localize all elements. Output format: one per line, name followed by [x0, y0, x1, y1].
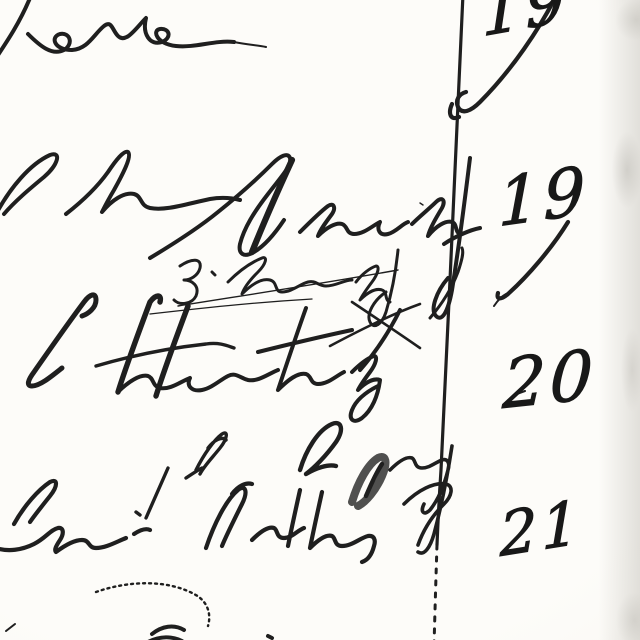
handwriting-row5 — [6, 583, 272, 640]
handwriting-row1-tail — [234, 42, 266, 47]
handwriting-row2-interline-note — [174, 248, 463, 326]
handwriting-row3-word-mid — [118, 308, 352, 392]
page-number-row1: 19 — [480, 0, 571, 52]
handwriting-row2-tall-ending — [434, 158, 480, 318]
handwriting-row2-word — [150, 155, 462, 258]
manuscript-scan: 19 19 20 21 — [0, 0, 640, 640]
handwriting-row3-word-left — [28, 295, 96, 386]
handwriting-row4-capital-loops — [300, 423, 341, 474]
handwriting-row4 — [0, 423, 452, 562]
handwriting-row5-dark-strokes — [148, 627, 272, 640]
handwriting-row2-left-fragment — [0, 152, 240, 214]
handwriting-row1-fragment — [0, 0, 234, 58]
handwriting-row4-interline-note — [136, 433, 226, 518]
handwriting-row5-faint-arc — [96, 583, 209, 626]
handwriting-row4-word — [0, 481, 375, 562]
page-number-row4: 21 — [498, 488, 584, 572]
column-rule-line-dotted — [434, 545, 437, 640]
manuscript-page: 19 19 20 21 — [0, 0, 640, 640]
handwriting-row5-left-tick — [6, 624, 15, 631]
page-number-row2: 19 — [498, 151, 589, 242]
handwriting-row1 — [0, 0, 556, 118]
handwriting-row3 — [28, 294, 525, 421]
page-number-row3: 20 — [500, 336, 598, 425]
